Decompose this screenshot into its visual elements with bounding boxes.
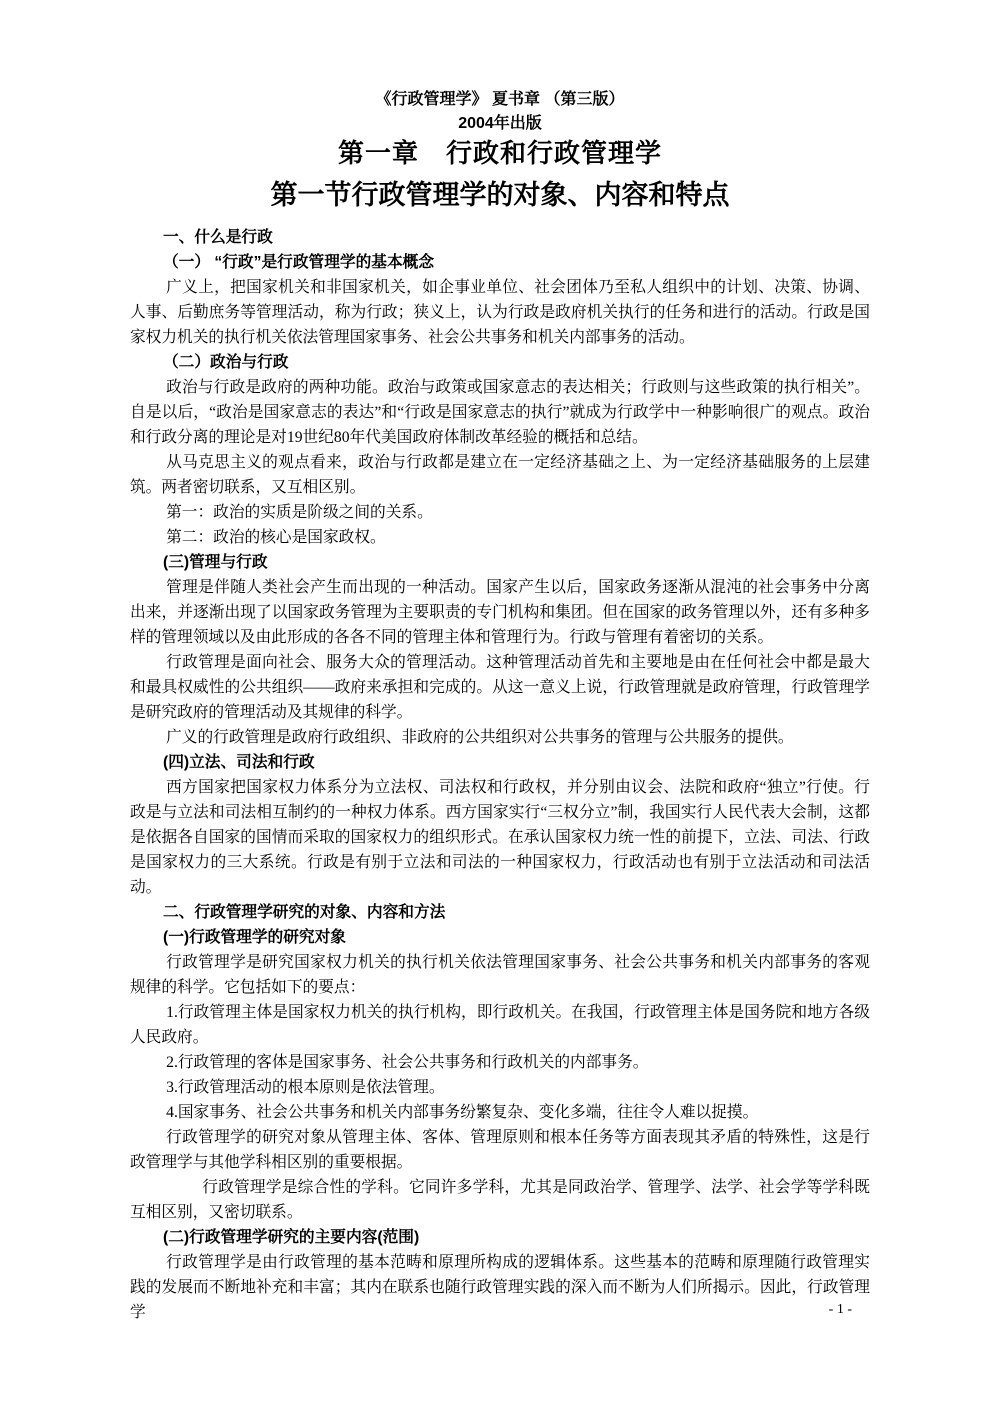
body-paragraph: 3.行政管理活动的根本原则是依法管理。 xyxy=(130,1075,870,1100)
body-paragraph: 行政管理学是研究国家权力机关的执行机关依法管理国家事务、社会公共事务和机关内部事… xyxy=(130,950,870,1000)
section-subheading: (四)立法、司法和行政 xyxy=(130,750,870,775)
body-paragraph: 第一：政治的实质是阶级之间的关系。 xyxy=(130,500,870,525)
page-number: - 1 - xyxy=(130,1300,870,1320)
section-subheading: （一） “行政”是行政管理学的基本概念 xyxy=(130,250,870,275)
section-subheading: （二）政治与行政 xyxy=(130,350,870,375)
section-subheading: 一、什么是行政 xyxy=(130,225,870,250)
body-paragraph: 广义上，把国家机关和非国家机关，如企事业单位、社会团体乃至私人组织中的计划、决策… xyxy=(130,275,870,350)
document-body: 一、什么是行政（一） “行政”是行政管理学的基本概念广义上，把国家机关和非国家机… xyxy=(130,225,870,1325)
body-paragraph: 行政管理是面向社会、服务大众的管理活动。这种管理活动首先和主要地是由在任何社会中… xyxy=(130,650,870,725)
body-paragraph: 管理是伴随人类社会产生而出现的一种活动。国家产生以后，国家政务逐渐从混沌的社会事… xyxy=(130,575,870,650)
body-paragraph: 行政管理学是综合性的学科。它同许多学科，尤其是同政治学、管理学、法学、社会学等学… xyxy=(130,1175,870,1225)
document-page: 《行政管理学》 夏书章 （第三版） 2004年出版 第一章 行政和行政管理学 第… xyxy=(0,0,993,1404)
document-header: 《行政管理学》 夏书章 （第三版） 2004年出版 第一章 行政和行政管理学 第… xyxy=(130,88,870,225)
body-paragraph: 4.国家事务、社会公共事务和机关内部事务纷繁复杂、变化多端，往往令人难以捉摸。 xyxy=(130,1100,870,1125)
body-paragraph: 行政管理学的研究对象从管理主体、客体、管理原则和根本任务等方面表现其矛盾的特殊性… xyxy=(130,1125,870,1175)
section-subheading: 二、行政管理学研究的对象、内容和方法 xyxy=(130,900,870,925)
body-paragraph: 2.行政管理的客体是国家事务、社会公共事务和行政机关的内部事务。 xyxy=(130,1050,870,1075)
section-heading: 第一节行政管理学的对象、内容和特点 xyxy=(130,173,870,217)
chapter-heading: 第一章 行政和行政管理学 xyxy=(130,135,870,173)
body-paragraph: 广义的行政管理是政府行政组织、非政府的公共组织对公共事务的管理与公共服务的提供。 xyxy=(130,725,870,750)
section-subheading: (二)行政管理学研究的主要内容(范围) xyxy=(130,1225,870,1250)
book-title-line: 《行政管理学》 夏书章 （第三版） xyxy=(130,88,870,112)
section-subheading: (三)管理与行政 xyxy=(130,550,870,575)
body-paragraph: 第二：政治的核心是国家政权。 xyxy=(130,525,870,550)
section-subheading: (一)行政管理学的研究对象 xyxy=(130,925,870,950)
publication-year-line: 2004年出版 xyxy=(130,112,870,135)
body-paragraph: 西方国家把国家权力体系分为立法权、司法权和行政权，并分别由议会、法院和政府“独立… xyxy=(130,775,870,900)
body-paragraph: 从马克思主义的观点看来，政治与行政都是建立在一定经济基础之上、为一定经济基础服务… xyxy=(130,450,870,500)
body-paragraph: 1.行政管理主体是国家权力机关的执行机构，即行政机关。在我国，行政管理主体是国务… xyxy=(130,1000,870,1050)
body-paragraph: 政治与行政是政府的两种功能。政治与政策或国家意志的表达相关；行政则与这些政策的执… xyxy=(130,375,870,450)
